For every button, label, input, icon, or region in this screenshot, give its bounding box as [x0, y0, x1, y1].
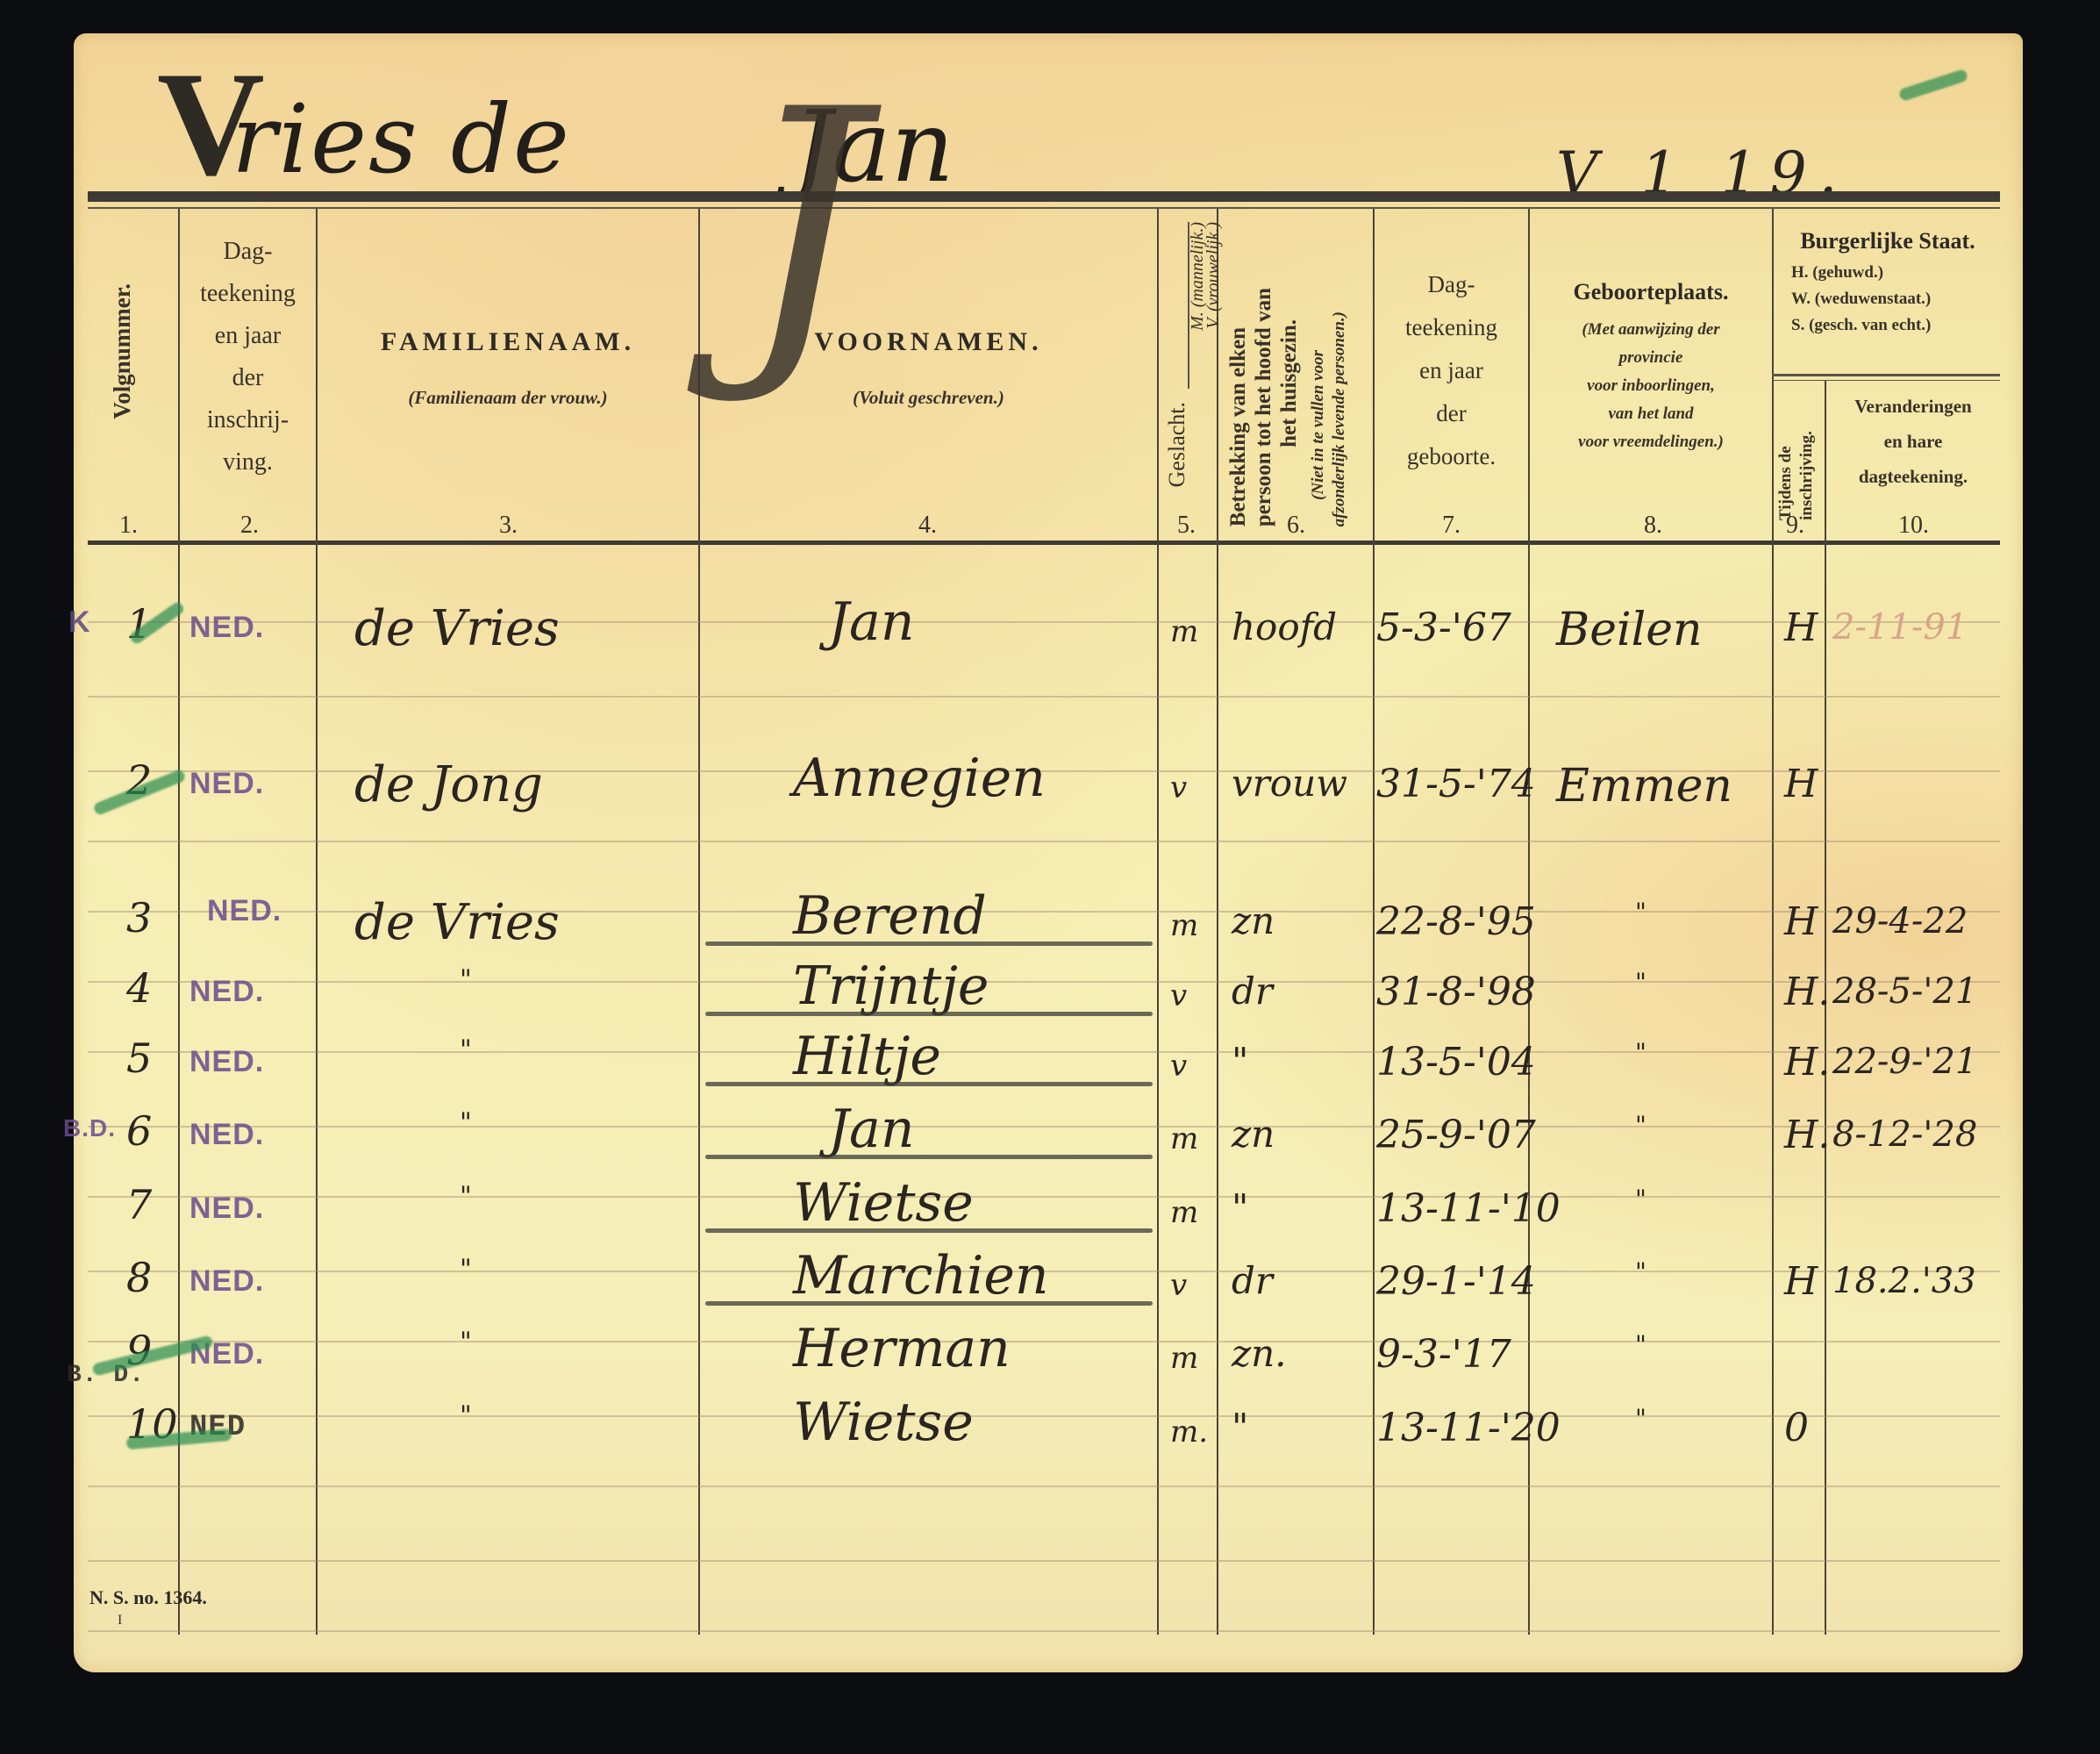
- voornamen-cell: Wietse: [793, 1172, 974, 1234]
- geboorteplaats-cell: Beilen: [1556, 604, 1703, 656]
- form-number: N. S. no. 1364.: [89, 1586, 207, 1609]
- header-geslacht-v: V. (vrouwelijk.): [1204, 222, 1224, 329]
- nationality-stamp: NED.: [189, 1192, 264, 1226]
- burgerlijke-staat-cell: H.: [1784, 1040, 1830, 1085]
- form-sub: I: [118, 1613, 122, 1629]
- column-divider: [1217, 209, 1218, 1635]
- ruled-line: [88, 981, 2000, 983]
- burgerlijke-staat-cell: H.: [1784, 970, 1830, 1014]
- veranderingen-cell: 18.2.'33: [1832, 1261, 1976, 1301]
- geslacht-cell: m: [1170, 614, 1198, 649]
- familienaam-cell: ": [460, 1327, 472, 1357]
- burgerlijke-staat-cell: H: [1784, 605, 1818, 650]
- geboorteplaats-cell: ": [1635, 1404, 1646, 1433]
- column-number-4: 4.: [918, 512, 937, 540]
- geboorteplaats-cell: ": [1635, 1111, 1646, 1140]
- geboorte-cell: 29-1-'14: [1376, 1259, 1536, 1304]
- betrekking-cell: dr: [1232, 1259, 1273, 1302]
- column-divider: [1772, 209, 1774, 1635]
- nationality-stamp: NED.: [207, 894, 282, 928]
- column-number-7: 7.: [1442, 512, 1461, 540]
- nationality-stamp: NED.: [189, 1118, 264, 1152]
- geslacht-cell: m: [1170, 1195, 1198, 1230]
- registration-card: V ries de Jan V 1 19. Volgnummer. Dag-te…: [74, 33, 2023, 1672]
- voornamen-cell: Jan: [828, 1099, 914, 1160]
- column-number-2: 2.: [240, 512, 259, 540]
- column-divider: [1157, 209, 1159, 1635]
- ruled-line: [88, 1630, 2000, 1632]
- veranderingen-cell: 2-11-91: [1832, 607, 1968, 648]
- geboorte-cell: 9-3-'17: [1376, 1332, 1511, 1377]
- veranderingen-cell: 8-12-'28: [1832, 1114, 1977, 1155]
- geslacht-cell: v: [1170, 770, 1187, 805]
- betrekking-cell: ": [1232, 1040, 1248, 1083]
- column-divider: [316, 209, 318, 1635]
- title-surname: ries de: [232, 88, 571, 193]
- header-burgerlijke-staat: Burgerlijke Staat. H. (gehuwd.)W. (weduw…: [1774, 228, 2002, 339]
- row-number: 5: [126, 1035, 152, 1082]
- geboorteplaats-cell: Emmen: [1556, 760, 1732, 813]
- header-geboorteplaats: Geboorteplaats. (Met aanwijzing derprovi…: [1530, 279, 1772, 456]
- burgerlijke-staat-cell: H: [1784, 762, 1818, 806]
- geboorte-cell: 13-11-'10: [1376, 1186, 1561, 1231]
- strikethrough-line: [705, 941, 1153, 946]
- nationality-stamp: NED.: [189, 611, 264, 645]
- header-dagteekening-inschrijving: Dag-teekeningen jaar derinschrij-ving.: [180, 231, 316, 483]
- betrekking-cell: dr: [1232, 970, 1273, 1013]
- column-number-5: 5.: [1177, 512, 1196, 540]
- familienaam-cell: ": [460, 1107, 472, 1138]
- familienaam-cell: ": [460, 1254, 472, 1285]
- nationality-stamp: NED.: [189, 1264, 264, 1299]
- veranderingen-cell: 22-9-'21: [1832, 1042, 1977, 1082]
- geslacht-cell: m: [1170, 1341, 1198, 1376]
- column-number-1: 1.: [119, 512, 138, 540]
- header-dagteekening-geboorte: Dag-teekeningen jaar dergeboorte.: [1375, 263, 1528, 478]
- geboorteplaats-cell: ": [1635, 1257, 1646, 1286]
- burgerlijke-staat-divider-thin: [1772, 380, 2000, 381]
- familienaam-cell: de Vries: [354, 894, 560, 951]
- geboorte-cell: 13-5-'04: [1376, 1040, 1536, 1085]
- betrekking-cell: ": [1232, 1186, 1248, 1229]
- geslacht-cell: m.: [1170, 1414, 1208, 1450]
- familienaam-cell: ": [460, 964, 472, 995]
- familienaam-cell: ": [460, 1181, 472, 1212]
- ruled-line: [88, 1415, 2000, 1417]
- geboorteplaats-cell: ": [1635, 968, 1646, 997]
- voornamen-cell: Annegien: [793, 748, 1046, 809]
- header-bottom-rule: [88, 541, 2000, 545]
- burgerlijke-staat-cell: H: [1784, 1259, 1818, 1304]
- row-number: 6: [126, 1107, 152, 1155]
- familienaam-cell: de Jong: [354, 756, 543, 813]
- header-tijdens-inschrijving: Tijdens de inschrijving.: [1775, 384, 1823, 520]
- strikethrough-line: [705, 1012, 1153, 1016]
- betrekking-cell: zn.: [1232, 1332, 1287, 1375]
- voornamen-cell: Wietse: [793, 1392, 974, 1453]
- strikethrough-line: [705, 1082, 1153, 1086]
- row-number: 4: [126, 964, 152, 1012]
- strikethrough-line: [705, 1301, 1153, 1306]
- column-number-3: 3.: [499, 512, 518, 540]
- geslacht-cell: v: [1170, 978, 1187, 1013]
- nationality-stamp: NED.: [189, 975, 264, 1009]
- title-j-flourish: J: [740, 68, 867, 384]
- row-number: 8: [126, 1254, 152, 1301]
- geslacht-cell: m: [1170, 908, 1198, 943]
- geboorte-cell: 22-8-'95: [1376, 899, 1536, 944]
- ruled-line: [88, 1196, 2000, 1198]
- veranderingen-cell: 29-4-22: [1832, 901, 1968, 941]
- ruled-line: [88, 1560, 2000, 1562]
- geslacht-cell: v: [1170, 1049, 1187, 1084]
- column-number-10: 10.: [1898, 512, 1929, 540]
- margin-marker: K: [68, 605, 91, 640]
- voornamen-cell: Trijntje: [793, 956, 989, 1017]
- strikethrough-line: [705, 1155, 1153, 1159]
- geboorteplaats-cell: ": [1635, 1330, 1646, 1359]
- nationality-stamp: NED.: [189, 767, 264, 801]
- betrekking-cell: zn: [1232, 1113, 1275, 1156]
- voornamen-cell: Herman: [793, 1318, 1011, 1379]
- nationality-stamp: NED.: [189, 1045, 264, 1079]
- geboorteplaats-cell: ": [1635, 1038, 1646, 1067]
- strikethrough-line: [705, 1228, 1153, 1233]
- geboorte-cell: 25-9-'07: [1376, 1113, 1536, 1157]
- ruled-line: [88, 696, 2000, 698]
- header-betrekking: Betrekking van elken persoon tot het hoo…: [1223, 219, 1372, 535]
- header-veranderingen: Veranderingenen haredagteekening.: [1826, 389, 2000, 494]
- familienaam-cell: ": [460, 1400, 472, 1431]
- betrekking-cell: hoofd: [1232, 605, 1337, 648]
- geslacht-cell: v: [1170, 1268, 1187, 1303]
- ruled-line: [88, 841, 2000, 842]
- voornamen-cell: Jan: [828, 591, 914, 653]
- familienaam-cell: ": [460, 1035, 472, 1065]
- betrekking-cell: zn: [1232, 899, 1275, 942]
- burgerlijke-staat-cell: 0: [1784, 1406, 1809, 1450]
- geboorteplaats-cell: ": [1635, 898, 1646, 927]
- familienaam-cell: de Vries: [354, 600, 560, 657]
- ruled-line: [88, 1486, 2000, 1487]
- voornamen-cell: Berend: [793, 885, 987, 947]
- column-divider: [698, 209, 700, 1635]
- header-top-rule-thin: [88, 207, 2000, 209]
- geslacht-cell: m: [1170, 1121, 1198, 1156]
- geboorte-cell: 5-3-'67: [1376, 605, 1511, 650]
- betrekking-cell: vrouw: [1232, 762, 1347, 805]
- ruled-line: [88, 1051, 2000, 1053]
- geboorteplaats-cell: ": [1635, 1185, 1646, 1213]
- header-geslacht: Geslacht.: [1164, 402, 1190, 487]
- geboorte-cell: 13-11-'20: [1376, 1406, 1561, 1450]
- ruled-line: [88, 1341, 2000, 1342]
- burgerlijke-staat-cell: H.: [1784, 1113, 1830, 1157]
- green-pencil-mark: [1898, 68, 1968, 102]
- header-top-rule: [88, 191, 2000, 202]
- voornamen-cell: Marchien: [793, 1245, 1048, 1307]
- row-number: 3: [126, 894, 152, 941]
- betrekking-cell: ": [1232, 1406, 1248, 1449]
- column-number-9: 9.: [1786, 512, 1804, 540]
- header-volgnummer: Volgnummer.: [109, 283, 136, 419]
- column-number-8: 8.: [1644, 512, 1662, 540]
- geboorte-cell: 31-8-'98: [1376, 970, 1536, 1014]
- header-familienaam: FAMILIENAAM. (Familienaam der vrouw.): [318, 327, 698, 409]
- margin-marker: B.D.: [63, 1114, 116, 1142]
- voornamen-cell: Hiltje: [793, 1026, 941, 1087]
- ruled-line: [88, 1126, 2000, 1128]
- column-number-6: 6.: [1287, 512, 1305, 540]
- geboorte-cell: 31-5-'74: [1376, 762, 1536, 806]
- burgerlijke-staat-cell: H: [1784, 899, 1818, 944]
- burgerlijke-staat-divider: [1772, 374, 2000, 376]
- row-number: 7: [126, 1181, 152, 1228]
- veranderingen-cell: 28-5-'21: [1832, 971, 1977, 1012]
